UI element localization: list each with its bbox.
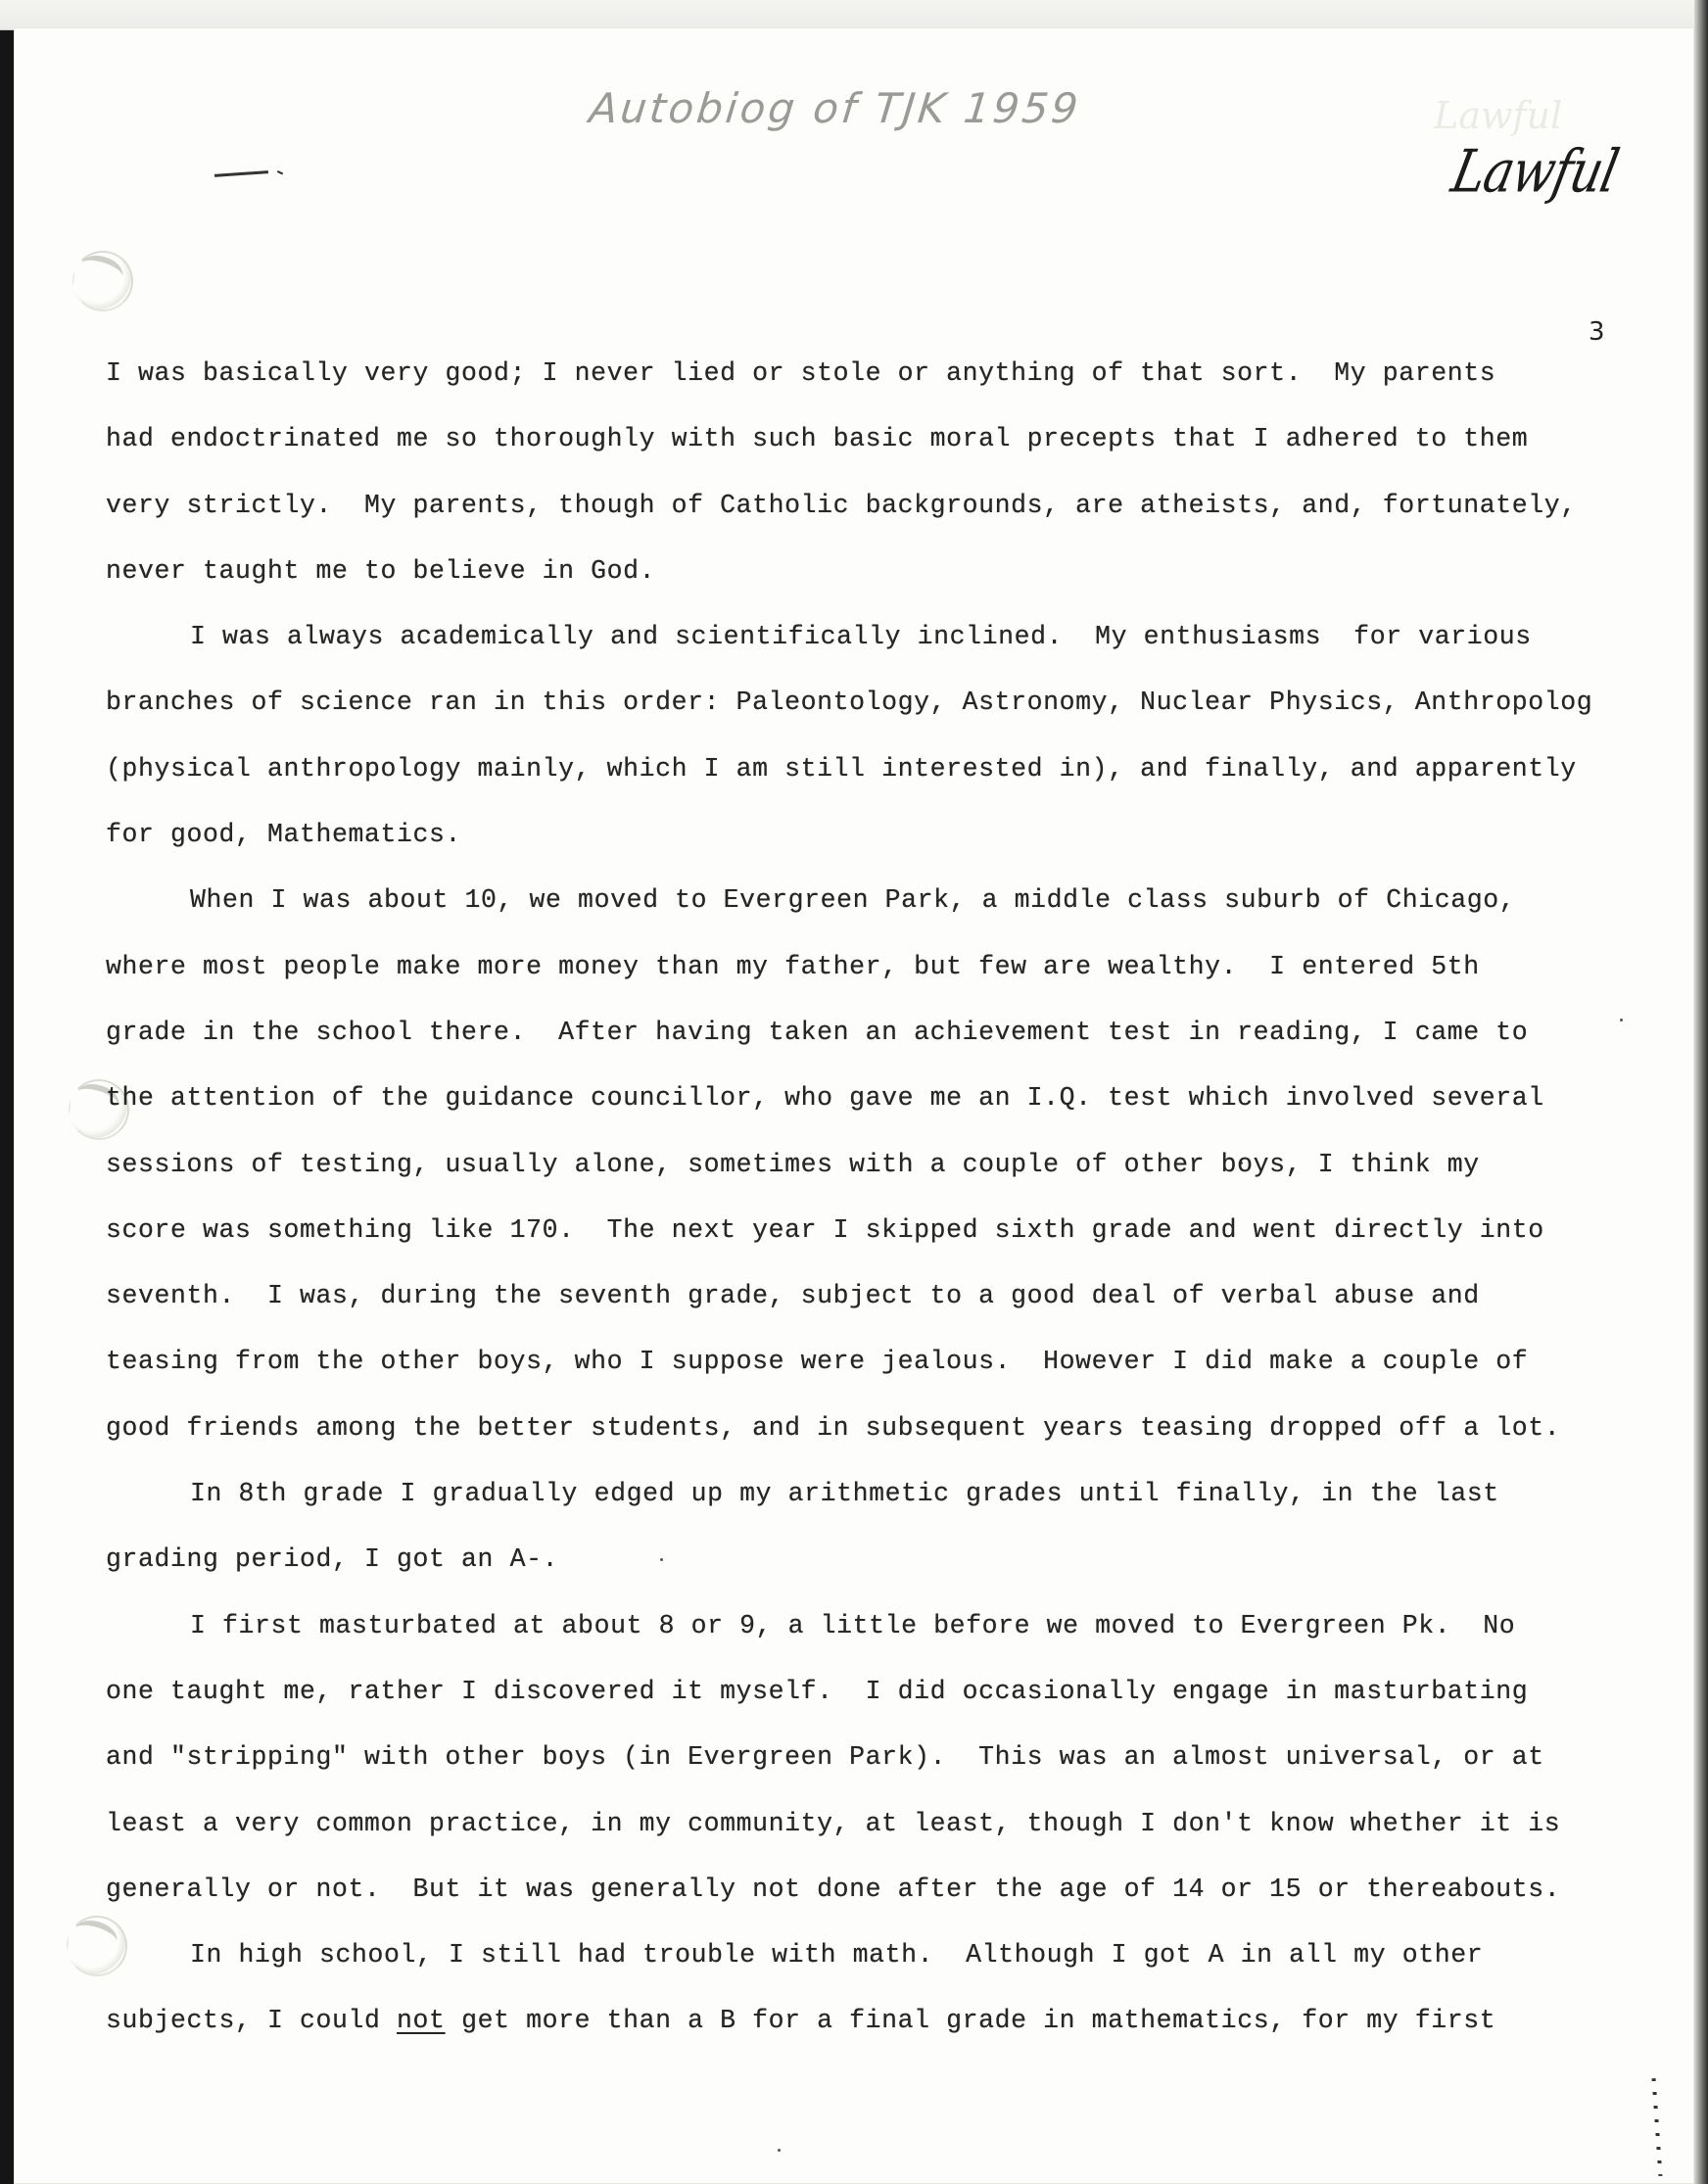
paragraph-start-line: I was always academically and scientific…: [106, 604, 1673, 670]
text-line: very strictly. My parents, though of Cat…: [106, 473, 1673, 539]
text-line: I was basically very good; I never lied …: [106, 341, 1673, 406]
typewritten-body: I was basically very good; I never lied …: [106, 341, 1673, 2055]
text-line: branches of science ran in this order: P…: [106, 670, 1673, 736]
text-line: generally or not. But it was generally n…: [106, 1857, 1673, 1923]
underlined-emphasis: not: [397, 2006, 446, 2035]
text-line: teasing from the other boys, who I suppo…: [106, 1329, 1673, 1395]
paragraph-start-line: When I was about 10, we moved to Evergre…: [106, 868, 1673, 933]
text-line: sessions of testing, usually alone, some…: [106, 1132, 1673, 1198]
pen-mark: [214, 170, 268, 177]
text-line: never taught me to believe in God.: [106, 539, 1673, 604]
text-line: the attention of the guidance councillor…: [106, 1066, 1673, 1131]
margin-marks: [1652, 2078, 1663, 2176]
text-line: where most people make more money than m…: [106, 934, 1673, 1000]
text-line: for good, Mathematics.: [106, 802, 1673, 868]
text-line: score was something like 170. The next y…: [106, 1198, 1673, 1263]
scan-left-edge: [0, 0, 14, 2184]
text-line: grade in the school there. After having …: [106, 1000, 1673, 1066]
text-line: least a very common practice, in my comm…: [106, 1791, 1673, 1857]
text-segment: subjects, I could: [106, 2006, 397, 2035]
text-line-last: subjects, I could not get more than a B …: [106, 1988, 1673, 2054]
paper-speck: [778, 2149, 781, 2152]
pencil-header-annotation: Autobiog of TJK 1959: [587, 84, 1082, 132]
scan-right-edge: [1694, 0, 1708, 2184]
binder-hole-icon: [72, 251, 133, 311]
scan-top-strip: [0, 0, 1708, 30]
text-line: one taught me, rather I discovered it my…: [106, 1659, 1673, 1725]
text-line: good friends among the better students, …: [106, 1396, 1673, 1461]
text-line: seventh. I was, during the seventh grade…: [106, 1263, 1673, 1329]
paragraph-start-line: I first masturbated at about 8 or 9, a l…: [106, 1593, 1673, 1659]
text-line: (physical anthropology mainly, which I a…: [106, 736, 1673, 802]
ink-label-annotation: Lawful: [1447, 137, 1624, 206]
text-line: and "stripping" with other boys (in Ever…: [106, 1725, 1673, 1790]
text-segment: get more than a B for a final grade in m…: [446, 2006, 1496, 2035]
text-line: had endoctrinated me so thoroughly with …: [106, 406, 1673, 472]
paragraph-start-line: In high school, I still had trouble with…: [106, 1923, 1673, 1988]
bleed-through-label: Lawful: [1434, 94, 1562, 137]
text-line: grading period, I got an A-.: [106, 1527, 1673, 1592]
paragraph-start-line: In 8th grade I gradually edged up my ari…: [106, 1461, 1673, 1527]
